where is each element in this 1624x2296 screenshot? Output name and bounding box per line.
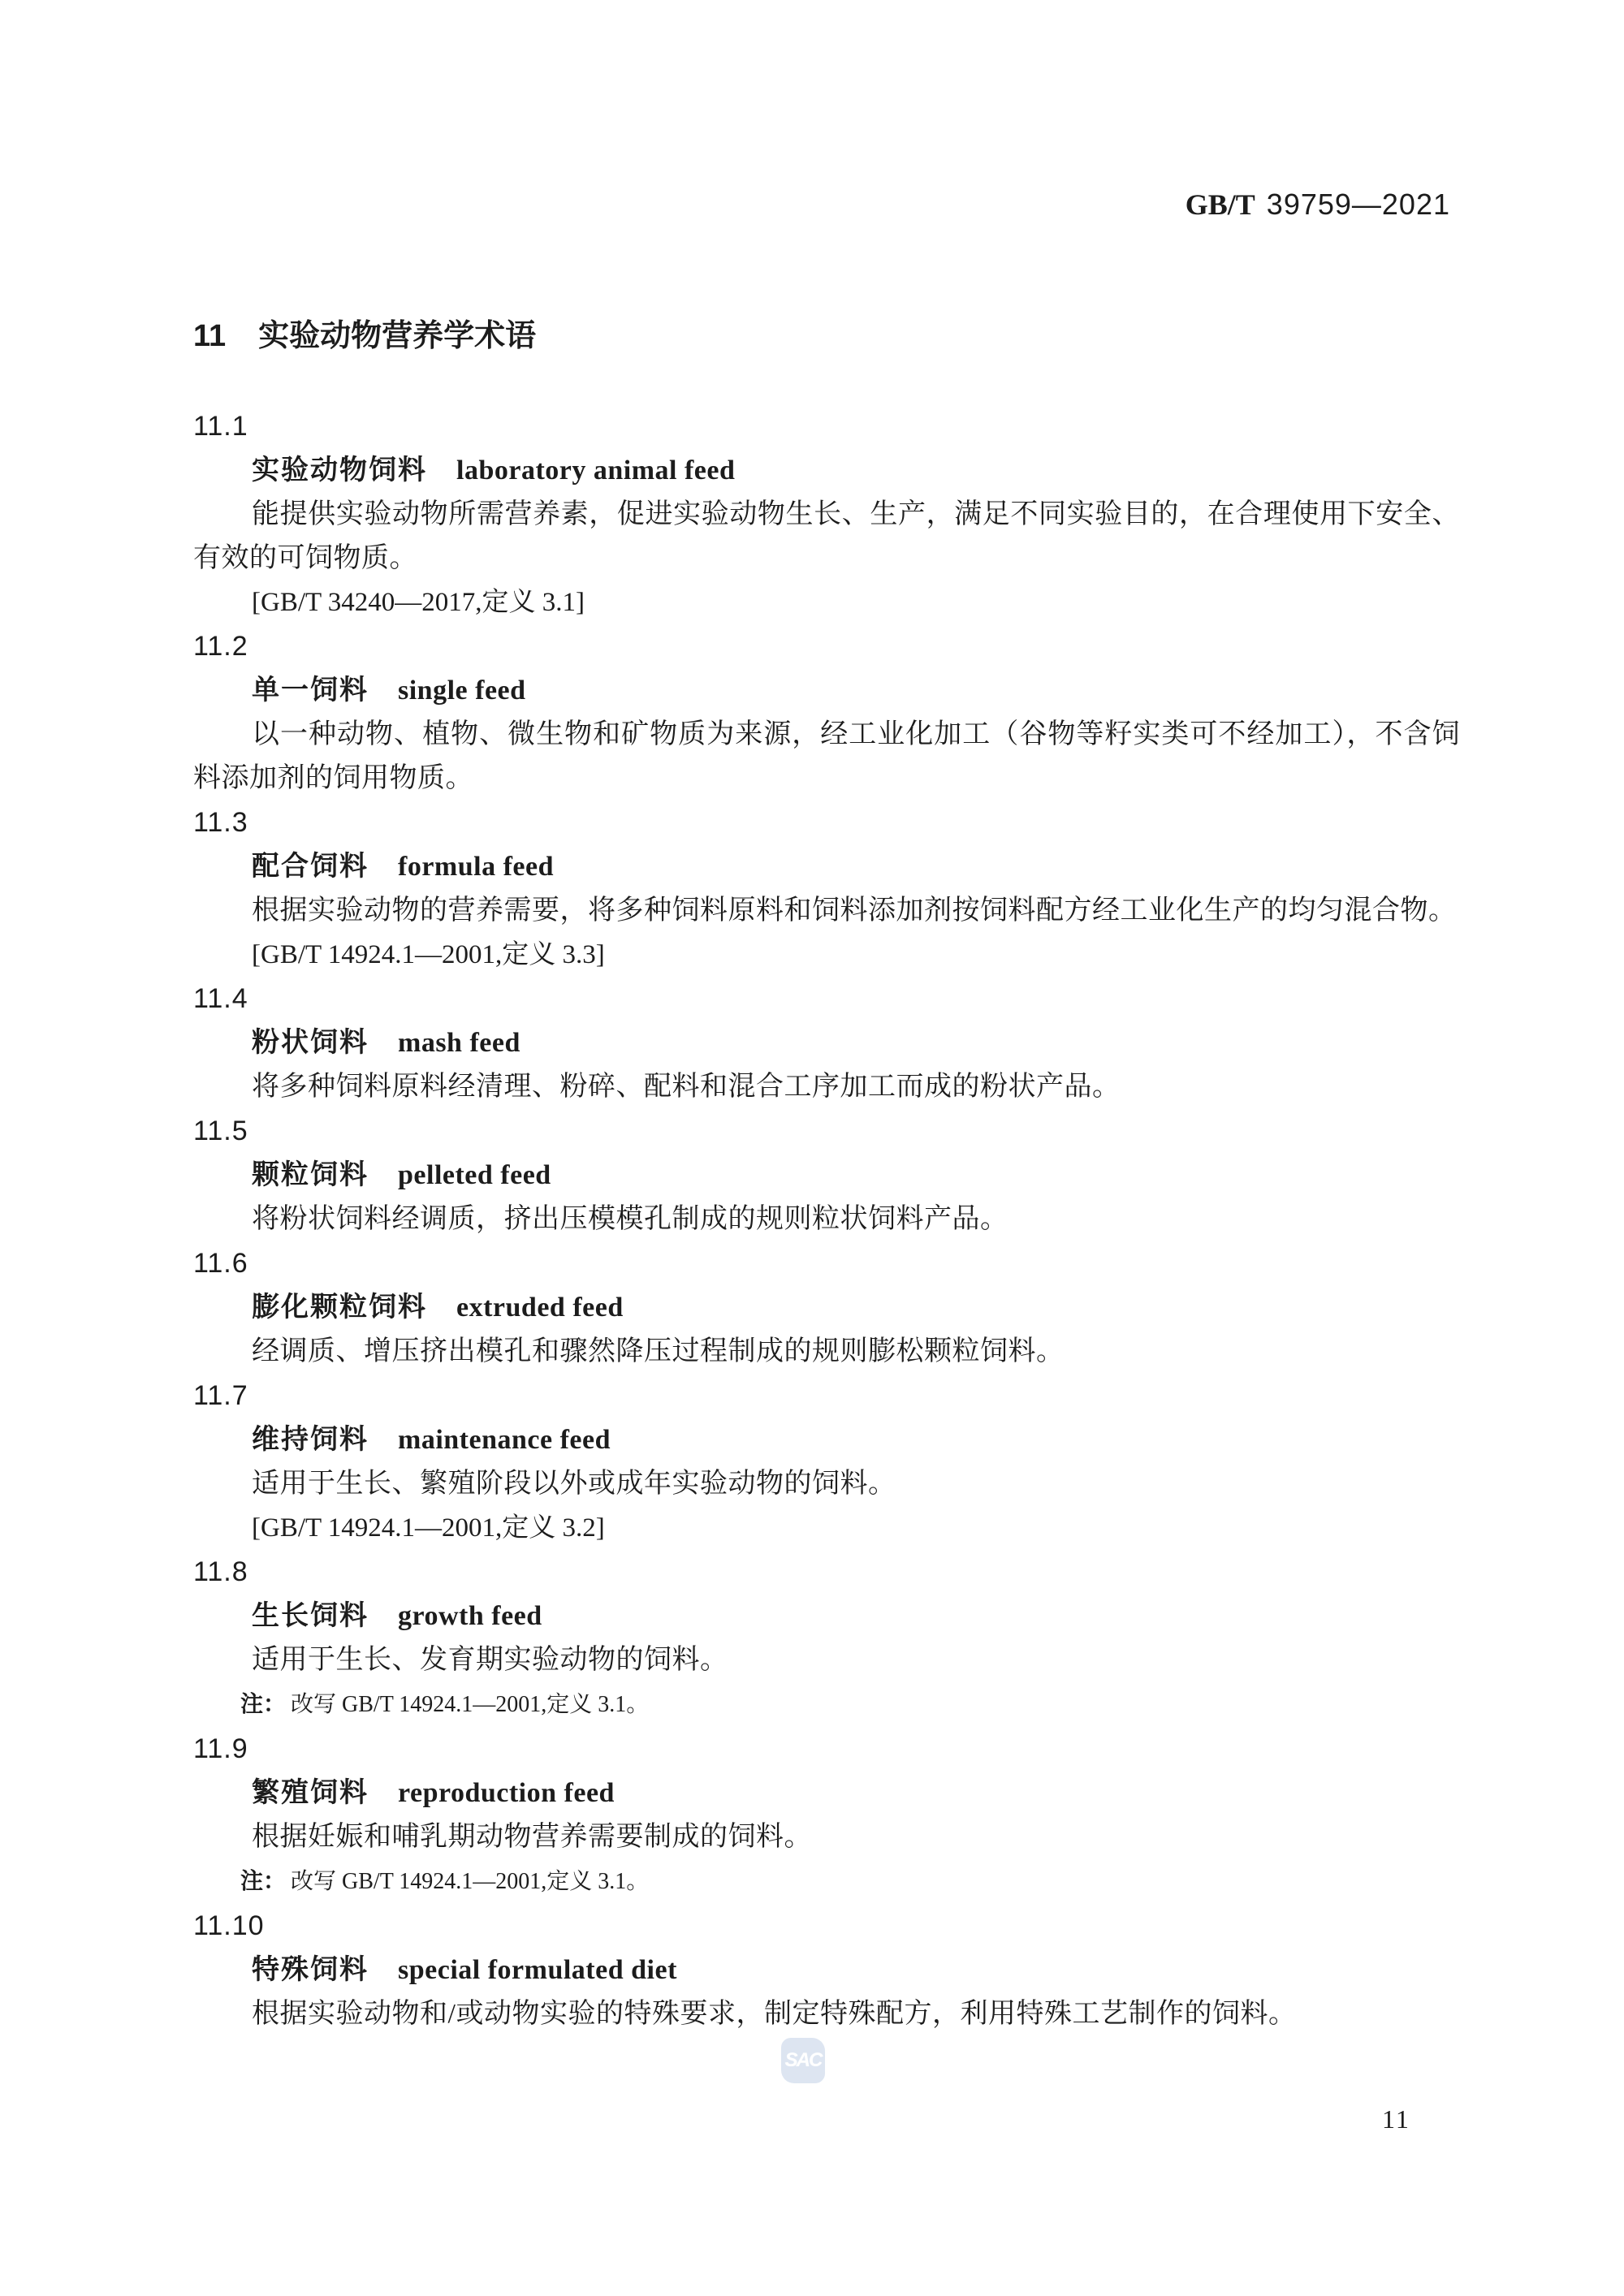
term-entry: 11.7 维持饲料maintenance feed 适用于生长、繁殖阶段以外或成… (193, 1374, 1460, 1550)
clause-number: 11.3 (193, 801, 1460, 844)
standard-code-prefix: GB/T (1186, 188, 1255, 221)
term-chinese: 实验动物饲料 (252, 455, 427, 486)
term-line: 特殊饲料special formulated diet (193, 1948, 1460, 1992)
sac-watermark-text: SAC (785, 2049, 822, 2072)
term-english: extruded feed (456, 1293, 624, 1323)
term-english: maintenance feed (398, 1425, 611, 1455)
term-line: 单一饲料single feed (193, 668, 1460, 713)
term-entry: 11.2 单一饲料single feed 以一种动物、植物、微生物和矿物质为来源… (193, 624, 1460, 801)
term-entry: 11.8 生长饲料growth feed 适用于生长、发育期实验动物的饲料。 注… (193, 1550, 1460, 1727)
clause-number: 11.4 (193, 977, 1460, 1021)
term-entry: 11.9 繁殖饲料reproduction feed 根据妊娠和哺乳期动物营养需… (193, 1727, 1460, 1904)
source-reference: [GB/T 14924.1—2001,定义 3.2] (193, 1506, 1460, 1550)
term-english: laboratory animal feed (456, 455, 735, 486)
definition-text: 适用于生长、发育期实验动物的饲料。 (193, 1638, 1460, 1682)
definition-text: 将多种饲料原料经清理、粉碎、配料和混合工序加工而成的粉状产品。 (193, 1065, 1460, 1109)
term-english: reproduction feed (398, 1778, 615, 1808)
definition-text: 根据实验动物的营养需要，将多种饲料原料和饲料添加剂按饲料配方经工业化生产的均匀混… (193, 889, 1460, 933)
section-title: 实验动物营养学术语 (258, 319, 536, 353)
section-heading: 11实验动物营养学术语 (193, 315, 1460, 357)
term-chinese: 生长饲料 (252, 1600, 369, 1631)
note-label: 注： (240, 1868, 286, 1893)
standard-code-number: 39759—2021 (1267, 188, 1450, 221)
definition-text: 能提供实验动物所需营养素，促进实验动物生长、生产，满足不同实验目的，在合理使用下… (193, 493, 1460, 580)
term-line: 膨化颗粒饲料extruded feed (193, 1285, 1460, 1330)
clause-number: 11.2 (193, 624, 1460, 668)
term-line: 繁殖饲料reproduction feed (193, 1771, 1460, 1815)
term-entry: 11.6 膨化颗粒饲料extruded feed 经调质、增压挤出模孔和骤然降压… (193, 1241, 1460, 1374)
clause-number: 11.9 (193, 1727, 1460, 1771)
note-text: 改写 GB/T 14924.1—2001,定义 3.1。 (291, 1692, 649, 1717)
note-line: 注：改写 GB/T 14924.1—2001,定义 3.1。 (193, 1859, 1460, 1904)
definition-text: 适用于生长、繁殖阶段以外或成年实验动物的饲料。 (193, 1462, 1460, 1506)
definition-text: 经调质、增压挤出模孔和骤然降压过程制成的规则膨松颗粒饲料。 (193, 1330, 1460, 1374)
term-english: mash feed (398, 1028, 520, 1058)
sac-watermark-logo: SAC (781, 2038, 825, 2083)
clause-number: 11.8 (193, 1550, 1460, 1594)
clause-number: 11.7 (193, 1374, 1460, 1418)
clause-number: 11.10 (193, 1904, 1460, 1948)
clause-number: 11.6 (193, 1241, 1460, 1285)
term-chinese: 维持饲料 (252, 1424, 369, 1455)
note-text: 改写 GB/T 14924.1—2001,定义 3.1。 (291, 1869, 649, 1894)
clause-number: 11.1 (193, 404, 1460, 448)
term-entry: 11.5 颗粒饲料pelleted feed 将粉状饲料经调质，挤出压模模孔制成… (193, 1109, 1460, 1241)
term-entry: 11.4 粉状饲料mash feed 将多种饲料原料经清理、粉碎、配料和混合工序… (193, 977, 1460, 1109)
term-chinese: 繁殖饲料 (252, 1777, 369, 1808)
term-entry: 11.1 实验动物饲料laboratory animal feed 能提供实验动… (193, 404, 1460, 624)
clause-number: 11.5 (193, 1109, 1460, 1153)
term-entry: 11.10 特殊饲料special formulated diet 根据实验动物… (193, 1904, 1460, 2036)
term-line: 粉状饲料mash feed (193, 1021, 1460, 1065)
term-line: 配合饲料formula feed (193, 844, 1460, 889)
term-english: single feed (398, 675, 526, 706)
standard-code-header: GB/T39759—2021 (1186, 188, 1450, 221)
page-content: 11实验动物营养学术语 11.1 实验动物饲料laboratory animal… (193, 315, 1460, 2036)
term-line: 实验动物饲料laboratory animal feed (193, 448, 1460, 493)
source-reference: [GB/T 34240—2017,定义 3.1] (193, 580, 1460, 624)
term-line: 生长饲料growth feed (193, 1594, 1460, 1638)
term-line: 颗粒饲料pelleted feed (193, 1153, 1460, 1198)
term-chinese: 配合饲料 (252, 851, 369, 882)
term-english: special formulated diet (398, 1955, 677, 1985)
definition-text: 根据妊娠和哺乳期动物营养需要制成的饲料。 (193, 1815, 1460, 1859)
term-chinese: 特殊饲料 (252, 1954, 369, 1985)
term-chinese: 粉状饲料 (252, 1027, 369, 1058)
term-entry: 11.3 配合饲料formula feed 根据实验动物的营养需要，将多种饲料原… (193, 801, 1460, 977)
term-english: formula feed (398, 852, 554, 882)
note-line: 注：改写 GB/T 14924.1—2001,定义 3.1。 (193, 1682, 1460, 1727)
term-english: pelleted feed (398, 1160, 551, 1190)
term-chinese: 颗粒饲料 (252, 1159, 369, 1190)
term-line: 维持饲料maintenance feed (193, 1418, 1460, 1462)
note-label: 注： (240, 1691, 286, 1716)
term-chinese: 单一饲料 (252, 675, 369, 706)
source-reference: [GB/T 14924.1—2001,定义 3.3] (193, 933, 1460, 977)
term-english: growth feed (398, 1601, 542, 1631)
section-number: 11 (193, 319, 226, 353)
definition-text: 以一种动物、植物、微生物和矿物质为来源，经工业化加工（谷物等籽实类可不经加工），… (193, 713, 1460, 801)
page-number: 11 (1382, 2104, 1410, 2134)
definition-text: 将粉状饲料经调质，挤出压模模孔制成的规则粒状饲料产品。 (193, 1198, 1460, 1241)
term-chinese: 膨化颗粒饲料 (252, 1292, 427, 1323)
document-page: GB/T39759—2021 11实验动物营养学术语 11.1 实验动物饲料la… (0, 0, 1624, 2296)
definition-text: 根据实验动物和/或动物实验的特殊要求，制定特殊配方，利用特殊工艺制作的饲料。 (193, 1992, 1460, 2036)
